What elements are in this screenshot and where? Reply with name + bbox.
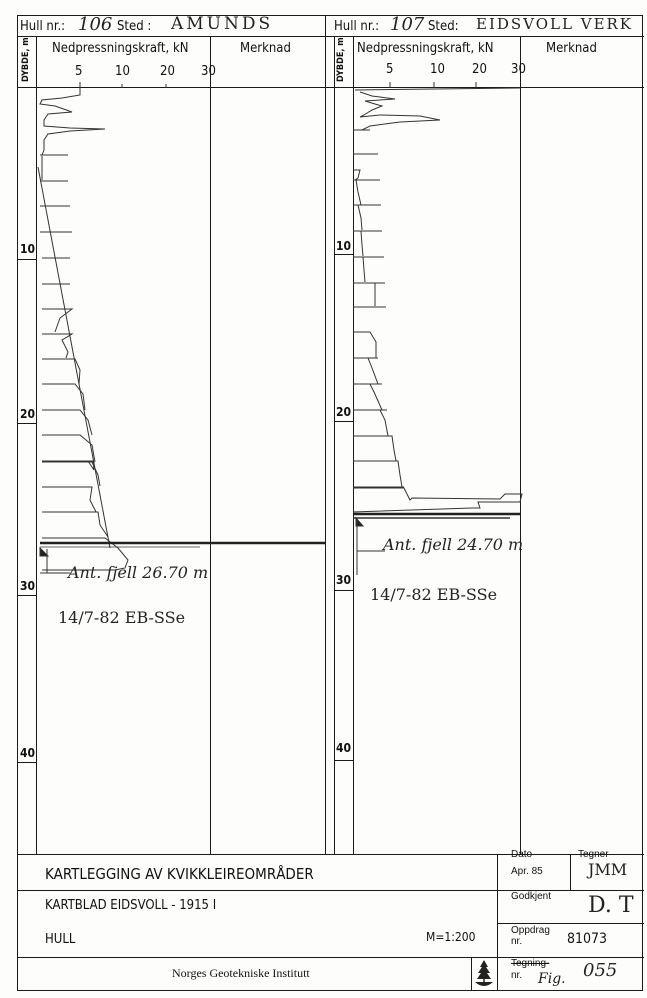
institute-name: Norges Geotekniske Institutt [172,966,310,981]
godkjent-label: Godkjent [511,891,551,902]
fig-label: Fig. [538,971,566,987]
tegning-value: 055 [583,960,617,981]
drawing-scale: M=1:200 [426,930,475,944]
ngi-logo-icon [472,957,497,991]
oppdrag-label: Oppdrag nr. [511,925,551,947]
tegning-nr-label: nr. [511,970,522,981]
drawing-sheet: Hull nr.: 106 Sted : AMUNDS DYBDE, m Ned… [0,0,647,998]
divider [17,957,644,958]
drawing-type: HULL [45,932,75,947]
divider [497,923,644,924]
map-sheet: KARTBLAD EIDSVOLL - 1915 I [45,898,216,913]
dato-value: Apr. 85 [511,866,543,877]
dato-label: Dato [511,849,532,860]
rock-note-right: Ant. fjell 24.70 m [383,535,523,554]
tegning-label: Tegning- [511,958,549,969]
project-title: KARTLEGGING AV KVIKKLEIREOMRÅDER [45,865,314,883]
tegner-value: JMM [588,860,627,879]
oppdrag-value: 81073 [567,931,607,947]
penetration-profile-107 [0,0,647,860]
divider [17,854,644,855]
date-note-right: 14/7-82 EB-SSe [370,585,497,604]
godkjent-value: D. T [588,893,634,918]
divider [17,890,497,891]
tegner-label: Tegner [578,849,609,860]
divider [570,854,571,890]
